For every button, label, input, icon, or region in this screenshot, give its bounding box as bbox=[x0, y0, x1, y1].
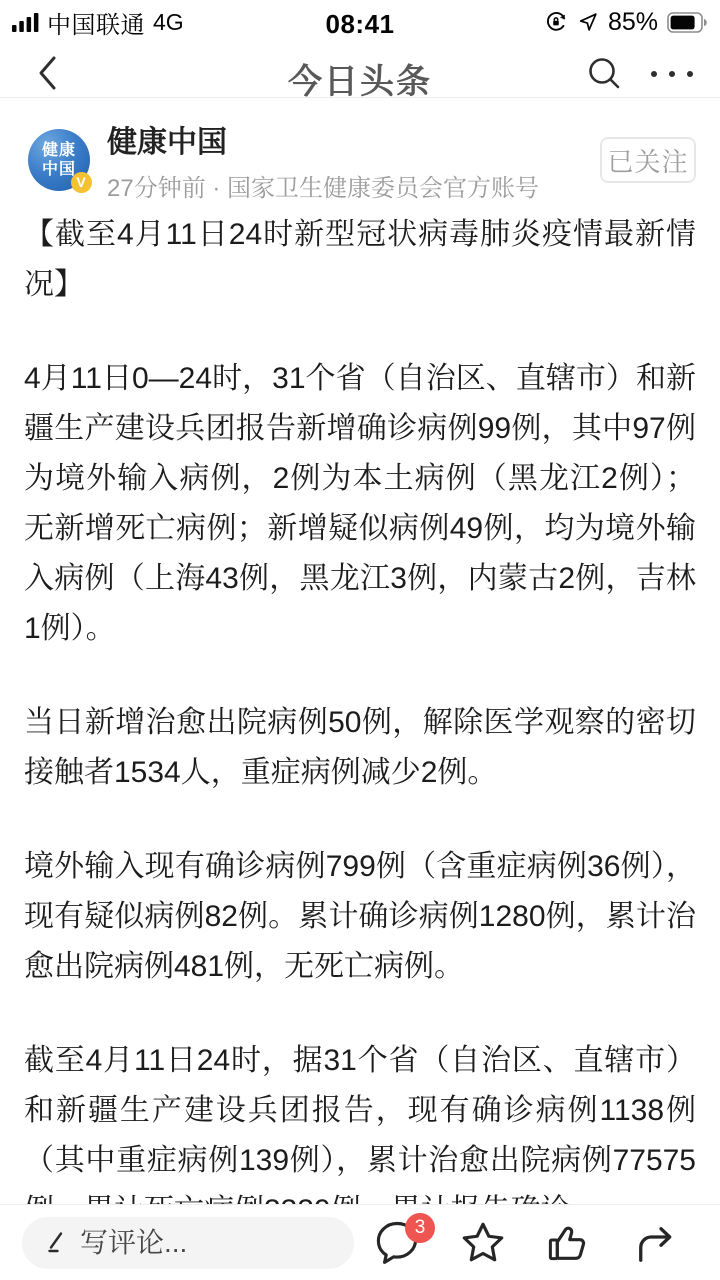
share-button[interactable] bbox=[630, 1216, 680, 1270]
author-info: 健康中国 27分钟前 · 国家卫生健康委员会官方账号 bbox=[107, 117, 600, 203]
status-right: 85% bbox=[544, 8, 708, 37]
article-paragraph: 【截至4月11日24时新型冠状病毒肺炎疫情最新情况】 bbox=[24, 210, 696, 310]
verified-badge: V bbox=[71, 172, 92, 193]
search-icon bbox=[585, 55, 623, 93]
article-content: 健康 中国 V 健康中国 27分钟前 · 国家卫生健康委员会官方账号 已关注 【… bbox=[0, 98, 720, 1204]
orientation-lock-icon bbox=[544, 10, 568, 34]
follow-button[interactable]: 已关注 bbox=[600, 137, 696, 183]
signal-bars-icon bbox=[12, 13, 39, 32]
battery-percent-label: 85% bbox=[608, 8, 658, 37]
author-name[interactable]: 健康中国 bbox=[107, 117, 600, 161]
article-paragraph: 4月11日0—24时，31个省（自治区、直辖市）和新疆生产建设兵团报告新增确诊病… bbox=[24, 354, 696, 654]
comment-button[interactable]: 3 bbox=[372, 1216, 422, 1270]
comment-input[interactable] bbox=[80, 1227, 320, 1259]
share-arrow-icon bbox=[631, 1219, 679, 1267]
comment-input-pill[interactable] bbox=[22, 1217, 354, 1269]
more-dots-icon bbox=[648, 68, 696, 80]
phone-screen: 中国联通 4G 08:41 85% bbox=[0, 0, 720, 1280]
more-button[interactable] bbox=[644, 50, 700, 98]
search-button[interactable] bbox=[580, 50, 628, 98]
favorite-button[interactable] bbox=[458, 1216, 508, 1270]
location-arrow-icon bbox=[577, 11, 599, 33]
article-paragraph: 境外输入现有确诊病例799例（含重症病例36例），现有疑似病例82例。累计确诊病… bbox=[24, 842, 696, 992]
comment-count-badge: 3 bbox=[405, 1213, 435, 1243]
author-meta: 27分钟前 · 国家卫生健康委员会官方账号 bbox=[107, 168, 600, 203]
nav-bar: 今日头条 bbox=[0, 44, 720, 98]
author-avatar[interactable]: 健康 中国 V bbox=[28, 129, 90, 191]
status-bar: 中国联通 4G 08:41 85% bbox=[0, 0, 720, 44]
status-left: 中国联通 4G bbox=[12, 5, 184, 40]
pencil-icon bbox=[42, 1229, 70, 1257]
avatar-text-line2: 中国 bbox=[42, 160, 76, 179]
like-button[interactable] bbox=[544, 1216, 594, 1270]
author-card: 健康 中国 V 健康中国 27分钟前 · 国家卫生健康委员会官方账号 已关注 bbox=[28, 128, 696, 192]
battery-icon bbox=[667, 12, 708, 33]
time-label: 08:41 bbox=[326, 9, 395, 40]
network-label: 4G bbox=[153, 9, 184, 36]
bottom-bar: 3 bbox=[0, 1204, 720, 1280]
carrier-label: 中国联通 bbox=[47, 5, 145, 40]
avatar-text-line1: 健康 bbox=[42, 141, 76, 160]
article-paragraph: 当日新增治愈出院病例50例，解除医学观察的密切接触者1534人，重症病例减少2例… bbox=[24, 698, 696, 798]
bottom-actions: 3 bbox=[354, 1216, 698, 1270]
thumbs-up-icon bbox=[545, 1219, 593, 1267]
article-paragraph: 截至4月11日24时，据31个省（自治区、直辖市）和新疆生产建设兵团报告，现有确… bbox=[24, 1036, 696, 1204]
star-icon bbox=[459, 1219, 507, 1267]
article-body: 【截至4月11日24时新型冠状病毒肺炎疫情最新情况】4月11日0—24时，31个… bbox=[24, 210, 696, 1204]
